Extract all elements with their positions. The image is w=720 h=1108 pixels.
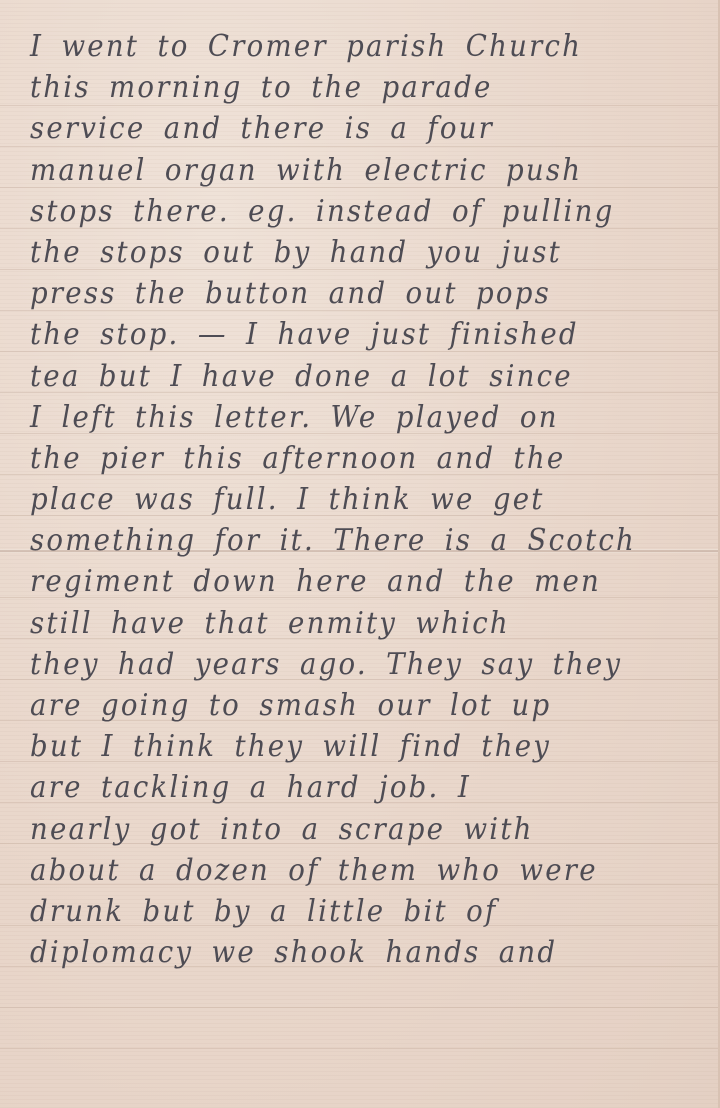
letter-body: I went to Cromer parish Church this morn… <box>30 26 710 973</box>
letter-line: the stops out by hand you just <box>30 232 656 273</box>
letter-line: stops there. eg. instead of pulling <box>30 191 656 232</box>
letter-line: press the button and out pops <box>30 273 656 314</box>
letter-line: but I think they will find they <box>30 726 656 767</box>
letter-line: are tackling a hard job. I <box>30 767 656 808</box>
letter-line: manuel organ with electric push <box>30 150 656 191</box>
letter-line: still have that enmity which <box>30 603 656 644</box>
letter-line: drunk but by a little bit of <box>30 891 656 932</box>
ruled-line <box>0 1048 718 1049</box>
letter-line: something for it. There is a Scotch <box>30 520 656 561</box>
letter-line: I left this letter. We played on <box>30 397 656 438</box>
letter-line: place was full. I think we get <box>30 479 656 520</box>
letter-line: diplomacy we shook hands and <box>30 932 656 973</box>
letter-line: the pier this afternoon and the <box>30 438 656 479</box>
letter-line: regiment down here and the men <box>30 561 656 602</box>
letter-line: nearly got into a scrape with <box>30 809 656 850</box>
letter-line: I went to Cromer parish Church <box>30 26 656 67</box>
letter-line: they had years ago. They say they <box>30 644 656 685</box>
letter-line: about a dozen of them who were <box>30 850 656 891</box>
letter-line: this morning to the parade <box>30 67 656 108</box>
letter-line: are going to smash our lot up <box>30 685 656 726</box>
ruled-line <box>0 1007 718 1008</box>
letter-line: the stop. — I have just finished <box>30 314 656 355</box>
letter-line: tea but I have done a lot since <box>30 356 656 397</box>
letter-line: service and there is a four <box>30 108 656 149</box>
letter-page: I went to Cromer parish Church this morn… <box>0 0 720 1108</box>
